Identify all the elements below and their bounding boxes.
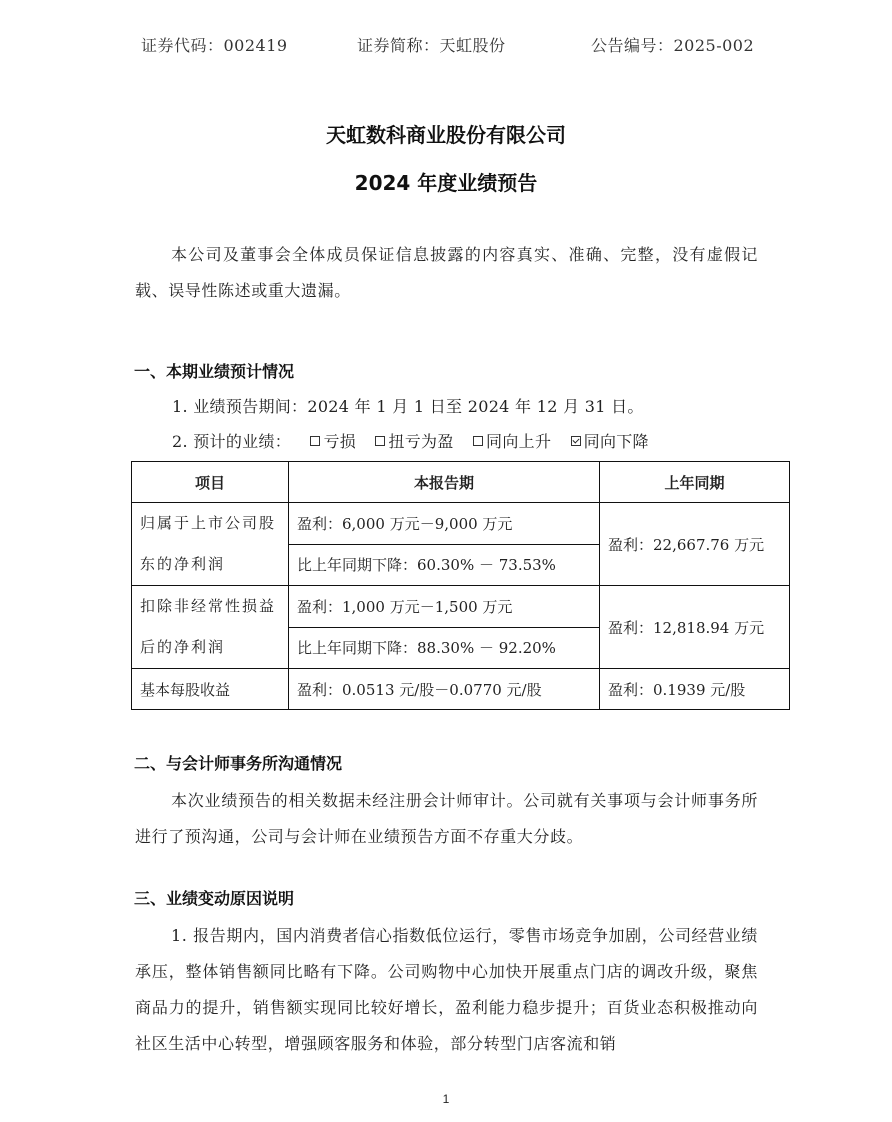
company-title: 天虹数科商业股份有限公司 — [0, 119, 892, 148]
current-value: 盈利：1,000 万元－1,500 万元 — [289, 586, 600, 628]
current-change: 比上年同期下降：88.30% － 92.20% — [289, 627, 600, 669]
section-2-body: 本次业绩预告的相关数据未经注册会计师审计。公司就有关事项与会计师事务所进行了预沟… — [135, 783, 758, 855]
header-item: 项目 — [132, 462, 289, 503]
row-item-eps: 基本每股收益 — [132, 669, 289, 710]
option-increase: 同向上升 — [473, 429, 551, 452]
header-current-period: 本报告期 — [289, 462, 600, 503]
header-prior-period: 上年同期 — [600, 462, 790, 503]
document-title: 2024 年度业绩预告 — [0, 167, 892, 196]
stock-code: 证券代码：002419 — [141, 33, 288, 56]
forecast-period: 1. 业绩预告期间：2024 年 1 月 1 日至 2024 年 12 月 31… — [172, 394, 644, 417]
section-3-body: 1. 报告期内，国内消费者信心指数低位运行，零售市场竞争加剧，公司经营业绩承压，… — [135, 918, 758, 1062]
checkbox-icon — [310, 436, 320, 446]
expected-performance-label: 2. 预计的业绩： — [172, 432, 291, 451]
prior-value: 盈利：22,667.76 万元 — [600, 503, 790, 586]
checkbox-icon — [473, 436, 483, 446]
document-page: 证券代码：002419 证券简称：天虹股份 公告编号：2025-002 天虹数科… — [0, 0, 892, 1122]
option-turnaround: 扭亏为盈 — [375, 429, 453, 452]
page-number: 1 — [0, 1092, 892, 1106]
prior-value: 盈利：0.1939 元/股 — [600, 669, 790, 710]
current-value: 盈利：6,000 万元－9,000 万元 — [289, 503, 600, 545]
performance-table: 项目 本报告期 上年同期 归属于上市公司股东的净利润 盈利：6,000 万元－9… — [131, 461, 790, 710]
current-value: 盈利：0.0513 元/股－0.0770 元/股 — [289, 669, 600, 710]
row-item-net-profit-excl: 扣除非经常性损益后的净利润 — [132, 586, 289, 669]
checkbox-icon — [375, 436, 385, 446]
option-decrease: 同向下降 — [571, 429, 649, 452]
checked-checkbox-icon — [571, 436, 581, 446]
option-loss: 亏损 — [310, 429, 356, 452]
table-header-row: 项目 本报告期 上年同期 — [132, 462, 790, 503]
disclosure-statement: 本公司及董事会全体成员保证信息披露的内容真实、准确、完整，没有虚假记载、误导性陈… — [135, 237, 758, 309]
section-2-heading: 二、与会计师事务所沟通情况 — [134, 751, 342, 774]
section-1-heading: 一、本期业绩预计情况 — [134, 359, 294, 382]
current-change: 比上年同期下降：60.30% － 73.53% — [289, 544, 600, 586]
table-row: 归属于上市公司股东的净利润 盈利：6,000 万元－9,000 万元 盈利：22… — [132, 503, 790, 545]
row-item-net-profit: 归属于上市公司股东的净利润 — [132, 503, 289, 586]
expected-performance: 2. 预计的业绩： 亏损 扭亏为盈 同向上升 同向下降 — [172, 429, 649, 452]
prior-value: 盈利：12,818.94 万元 — [600, 586, 790, 669]
table-row: 扣除非经常性损益后的净利润 盈利：1,000 万元－1,500 万元 盈利：12… — [132, 586, 790, 628]
section-3-heading: 三、业绩变动原因说明 — [134, 886, 294, 909]
stock-name: 证券简称：天虹股份 — [357, 33, 506, 56]
table-row: 基本每股收益 盈利：0.0513 元/股－0.0770 元/股 盈利：0.193… — [132, 669, 790, 710]
announcement-number: 公告编号：2025-002 — [591, 33, 754, 56]
